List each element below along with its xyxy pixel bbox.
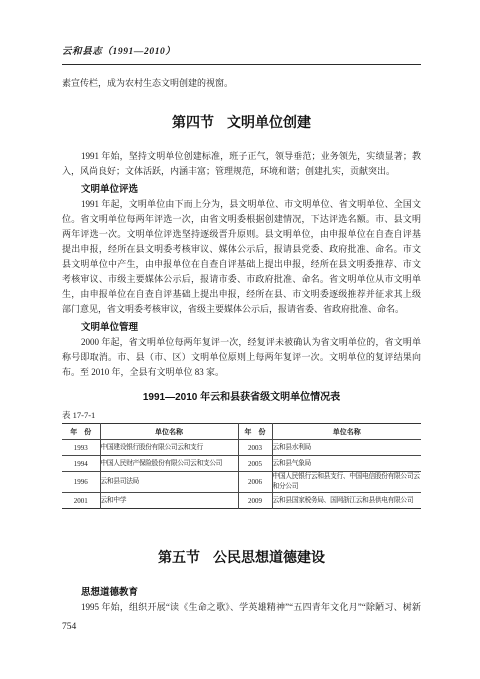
table-header-row: 年 份 单位名称 年 份 单位名称 bbox=[62, 424, 421, 440]
para2-line: 提出申报，经所在县文明委考核审议、媒体公示后，报请县党委、政府批准、命名。市文明… bbox=[62, 242, 421, 257]
table-row: 1994 中国人民财产保险股份有限公司云和支公司 2005 云和县气象局 bbox=[62, 456, 421, 472]
table-row: 1993 中国建设银行股份有限公司云和支行 2003 云和县水利局 bbox=[62, 440, 421, 456]
section-4-number: 第四节 bbox=[172, 114, 214, 130]
col-header-year-left: 年 份 bbox=[62, 424, 100, 440]
subheading-sixiangdaode: 思想道德教育 bbox=[62, 585, 421, 600]
page-number: 754 bbox=[62, 621, 421, 633]
civilized-units-table: 年 份 单位名称 年 份 单位名称 1993 中国建设银行股份有限公司云和支行 … bbox=[62, 423, 421, 509]
year-cell: 2009 bbox=[238, 493, 272, 509]
section-4-name: 文明单位创建 bbox=[227, 114, 311, 130]
para2-line: 县文明单位中产生，由申报单位在自查自评基础上提出申报，经所在县文明委推荐、市文明… bbox=[62, 257, 421, 272]
unit-cell: 中国人民银行云和县支行、中国电信股份有限公司云和分公司 bbox=[272, 472, 421, 493]
table-row: 1996 云和县司法局 2006 中国人民银行云和县支行、中国电信股份有限公司云… bbox=[62, 472, 421, 493]
para4-line: 1995 年始，组织开展“读《生命之歌》、学英雄精神”“五四青年文化月”“除陋习… bbox=[62, 600, 421, 615]
para1-line: 1991 年始，坚持文明单位创建标准，班子正气，领导垂范；业务领先，实绩显著；教… bbox=[62, 149, 421, 164]
year-cell: 2005 bbox=[238, 456, 272, 472]
unit-cell: 云和县司法局 bbox=[100, 472, 238, 493]
para3-line: 称号即取消。市、县（市、区）文明单位原则上每两年复评一次。文明单位的复评结果向社… bbox=[62, 350, 421, 365]
table-label: 表 17-7-1 bbox=[62, 410, 421, 421]
section-5-title: 第五节公民思想道德建设 bbox=[62, 547, 421, 567]
para2-line: 部门意见，省文明委考核审议，省级主要媒体公示后，报请省委、省政府批准、命名。 bbox=[62, 302, 421, 317]
para2-line: 位。省文明单位每两年评选一次，由省文明委根据创建情况，下达评选名额。市、县文明单… bbox=[62, 212, 421, 227]
year-cell: 1994 bbox=[62, 456, 100, 472]
year-cell: 2003 bbox=[238, 440, 272, 456]
table-title: 1991—2010 年云和县获省级文明单位情况表 bbox=[62, 391, 421, 405]
year-cell: 1993 bbox=[62, 440, 100, 456]
para3-line: 2000 年起，省文明单位每两年复评一次，经复评未被确认为省文明单位的，省文明单… bbox=[62, 335, 421, 350]
para2-line: 考核审议、市级主要媒体公示后，报请市委、市政府批准、命名。省文明单位从市文明单位… bbox=[62, 272, 421, 287]
para2-line: 生，由申报单位在自查自评基础上提出申报，经所在县、市文明委逐级推荐并征求其上级主… bbox=[62, 287, 421, 302]
unit-cell: 云和县国家税务局、国网浙江云和县供电有限公司 bbox=[272, 493, 421, 509]
section-5-name: 公民思想道德建设 bbox=[213, 549, 325, 565]
year-cell: 2001 bbox=[62, 493, 100, 509]
subheading-pingxuan: 文明单位评选 bbox=[62, 182, 421, 197]
book-title: 云和县志（1991—2010） bbox=[62, 47, 176, 57]
para3-line: 布。至 2010 年，全县有文明单位 83 家。 bbox=[62, 365, 421, 380]
intro-continuation-line: 素宣传栏，成为农村生态文明创建的视窗。 bbox=[62, 76, 421, 91]
col-header-unit-left: 单位名称 bbox=[100, 424, 238, 440]
col-header-year-right: 年 份 bbox=[238, 424, 272, 440]
para1-line: 入，风尚良好；文体活跃，内涵丰富；管理规范，环境和谐；创建扎实，贡献突出。 bbox=[62, 164, 421, 179]
para2-line: 1991 年起，文明单位由下而上分为，县文明单位、市文明单位、省文明单位、全国文… bbox=[62, 197, 421, 212]
unit-cell: 云和县水利局 bbox=[272, 440, 421, 456]
unit-cell: 中国人民财产保险股份有限公司云和支公司 bbox=[100, 456, 238, 472]
col-header-unit-right: 单位名称 bbox=[272, 424, 421, 440]
unit-cell: 云和中学 bbox=[100, 493, 238, 509]
unit-cell: 云和县气象局 bbox=[272, 456, 421, 472]
unit-cell: 中国建设银行股份有限公司云和支行 bbox=[100, 440, 238, 456]
running-header: 云和县志（1991—2010） bbox=[62, 46, 421, 65]
section-4-title: 第四节文明单位创建 bbox=[62, 112, 421, 132]
subheading-guanli: 文明单位管理 bbox=[62, 320, 421, 335]
table-row: 2001 云和中学 2009 云和县国家税务局、国网浙江云和县供电有限公司 bbox=[62, 493, 421, 509]
year-cell: 2006 bbox=[238, 472, 272, 493]
para2-line: 两年评选一次。文明单位评选坚持逐级晋升原则。县文明单位，由申报单位在自查自评基础… bbox=[62, 227, 421, 242]
section-5-number: 第五节 bbox=[158, 549, 200, 565]
year-cell: 1996 bbox=[62, 472, 100, 493]
document-page: 云和县志（1991—2010） 素宣传栏，成为农村生态文明创建的视窗。 第四节文… bbox=[0, 0, 480, 679]
